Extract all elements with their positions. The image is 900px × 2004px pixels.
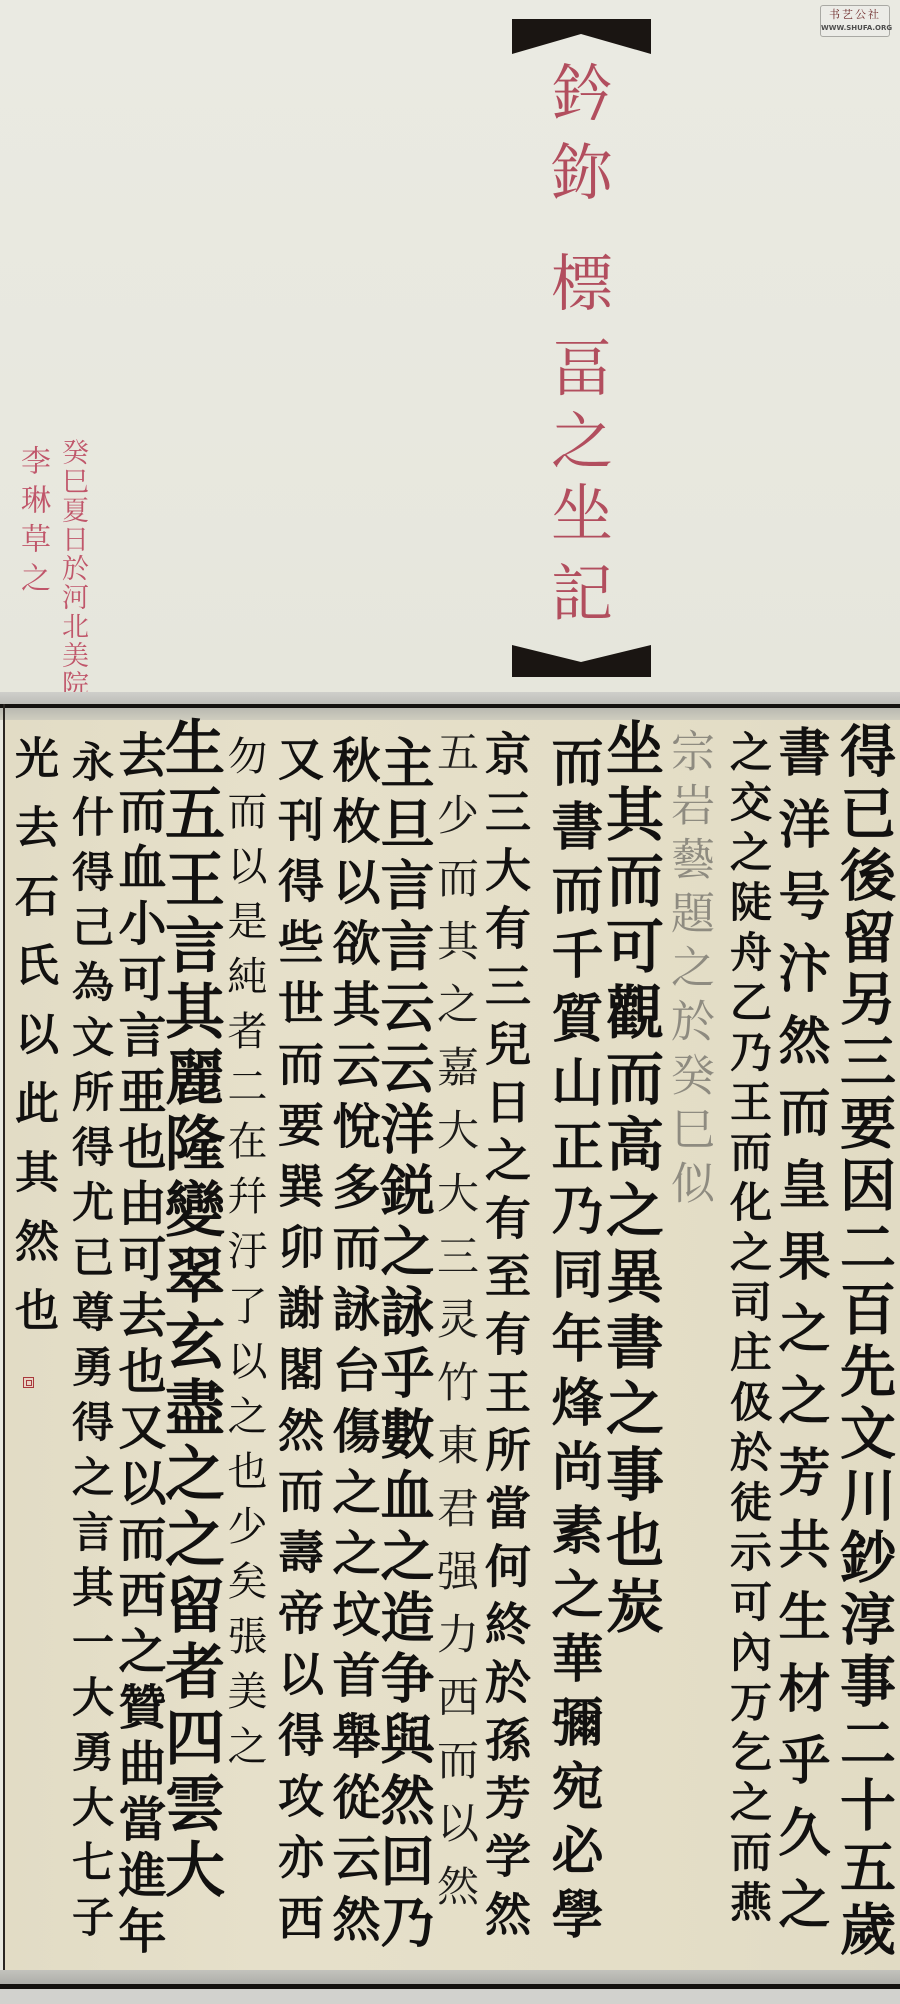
calligraphy-column-8: 五少而其之嘉大大三灵竹東君强力西而以然 (434, 730, 476, 1927)
watermark-name: 书艺公社 (821, 7, 889, 23)
title-character: 標 (548, 250, 616, 318)
title-character: 坐 (548, 480, 616, 548)
calligraphy-column-2: 書洋号汴然而皇果之之芳共生材乎久之 (773, 725, 825, 1949)
calligraphy-column-16: 光去石氏以此其然也 (10, 735, 54, 1356)
calligraphy-column-3: 之交之陡舟乙乃王而化之司庄伋於徒示可內万乞之而燕 (727, 730, 769, 1930)
mount-edge-bottom (0, 1989, 900, 2004)
title-character: 之 (548, 408, 616, 476)
calligraphy-column-6: 而書而千質山正乃同年烽尚素之華彌宛必學 (546, 735, 598, 1951)
calligraphy-column-12: 勿而以是純者二在幷汙了以之也少矣張美之 (224, 735, 264, 1780)
calligraphy-column-13: 生五王言其麗隆變翠玄盡之之留者四雲大 (160, 716, 220, 1904)
calligraphy-column-5: 坐其而可觀而高之異書之事也炭 (601, 718, 659, 1642)
title-character: 鈐 (548, 60, 616, 128)
inscription-signature: 李琳草之 (15, 445, 49, 601)
title-bracket-bottom-icon (512, 645, 651, 677)
watermark-url: WWW.SHUFA.ORG (821, 23, 889, 33)
watermark-badge: 书艺公社 WWW.SHUFA.ORG (820, 5, 890, 37)
calligraphy-column-7: 京三大有三兒日之有至有王所當何終於孫芳学然 (482, 730, 528, 1948)
calligraphy-column-14: 去而血小可言亜也由可去也又以而西之贊曲當進年 (114, 730, 162, 1962)
title-character: 記 (548, 560, 616, 628)
title-bracket-top-icon (512, 19, 651, 54)
calligraphy-column-15: 永什得己為文所得尤已尊勇得之言其一大勇大七子 (69, 740, 111, 1950)
calligraphy-column-11: 又刊得些世而要巽卯謝閣然而壽帝以得攻亦西 (275, 735, 321, 1955)
inscription-date-place: 癸巳夏日於河北美院 (56, 438, 88, 699)
title-panel (0, 0, 900, 692)
mount-line-left (3, 704, 5, 1989)
calligraphy-column-9: 主旦言言云云洋鋭之詠乎數血之造争與然回乃 (377, 735, 431, 1955)
title-character: 鉨 (548, 139, 616, 207)
title-character: 畐 (548, 335, 616, 403)
artist-seal-icon (23, 1377, 34, 1388)
calligraphy-column-1: 得已後留另三要因二百先文川鈔淳事二十五歲 (836, 722, 892, 1962)
mount-edge-top (0, 708, 900, 720)
calligraphy-column-4: 宗岩藝題之於癸巳似 (666, 728, 710, 1214)
mount-band-bottom (0, 1970, 900, 1984)
mount-band-top (0, 692, 900, 704)
calligraphy-column-10: 秋枚以欲其云悅多而詠台傷之之坟首舉從云然 (328, 735, 376, 1955)
